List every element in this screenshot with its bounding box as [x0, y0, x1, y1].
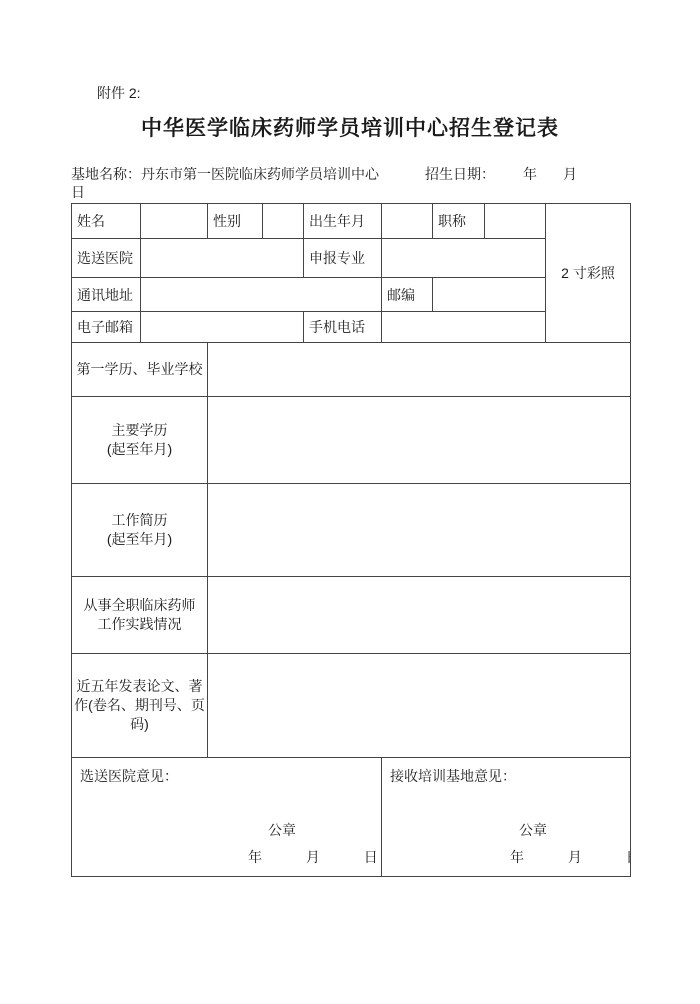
work-history-label: 工作简历 (起至年月) [72, 484, 208, 577]
hospital-opinion-cell: 选送医院意见： 公章 年 月 日 [72, 758, 382, 877]
year-label: 年 [510, 849, 524, 865]
attachment-label: 附件 2: [97, 83, 141, 103]
name-label: 姓名 [72, 204, 141, 239]
practice-experience-label: 从事全职临床药师 工作实践情况 [72, 577, 208, 654]
training-base-opinion-cell: 接收培训基地意见： 公章 年 月 日 [382, 758, 631, 877]
hospital-opinion-label: 选送医院意见： [80, 766, 178, 786]
postal-code-value-cell [433, 278, 546, 312]
email-value-cell [141, 312, 304, 343]
mailing-address-label: 通讯地址 [72, 278, 141, 312]
declared-specialty-value-cell [382, 239, 546, 278]
year-label: 年 [248, 849, 262, 865]
recruit-month-label: 月 [563, 166, 577, 182]
recruit-date-label: 招生日期： [425, 166, 495, 182]
seal-label: 公章 [268, 820, 296, 840]
first-degree-school-label: 第一学历、毕业学校 [72, 343, 208, 397]
recruit-year-label: 年 [523, 166, 537, 182]
mailing-address-value-cell [141, 278, 382, 312]
education-history-label: 主要学历 (起至年月) [72, 397, 208, 484]
training-base-opinion-date-line: 年 月 日 [510, 847, 631, 867]
gender-label: 性别 [208, 204, 263, 239]
sending-hospital-label: 选送医院 [72, 239, 141, 278]
seal-label: 公章 [519, 820, 547, 840]
base-and-date-line: 基地名称：丹东市第一医院临床药师学员培训中心招生日期：年月 [71, 165, 630, 183]
education-history-value-cell [208, 397, 631, 484]
first-degree-school-value-cell [208, 343, 631, 397]
professional-title-label: 职称 [433, 204, 485, 239]
base-name-label: 基地名称： [71, 166, 141, 182]
hospital-opinion-date-line: 年 月 日 [248, 847, 378, 867]
day-label: 日 [364, 849, 378, 865]
mobile-phone-value-cell [382, 312, 546, 343]
training-base-opinion-label: 接收培训基地意见： [390, 766, 516, 786]
page-title: 中华医学临床药师学员培训中心招生登记表 [0, 112, 700, 142]
meta-line: 基地名称：丹东市第一医院临床药师学员培训中心招生日期：年月 日 [71, 165, 630, 201]
birth-date-value-cell [382, 204, 433, 239]
practice-experience-value-cell [208, 577, 631, 654]
postal-code-label: 邮编 [382, 278, 433, 312]
mobile-phone-label: 手机电话 [304, 312, 382, 343]
name-value-cell [141, 204, 208, 239]
month-label: 月 [568, 849, 582, 865]
day-label: 日 [626, 849, 631, 865]
recruit-day-label: 日 [71, 183, 630, 201]
professional-title-value-cell [485, 204, 546, 239]
declared-specialty-label: 申报专业 [304, 239, 382, 278]
email-label: 电子邮箱 [72, 312, 141, 343]
base-name-value: 丹东市第一医院临床药师学员培训中心 [141, 166, 379, 182]
photo-cell: 2 寸彩照 [546, 204, 631, 343]
birth-date-label: 出生年月 [304, 204, 382, 239]
month-label: 月 [306, 849, 320, 865]
publications-label: 近五年发表论文、著 作(卷名、期刊号、页 码) [72, 654, 208, 758]
registration-table: 姓名 性别 出生年月 职称 2 寸彩照 选送医院 申报专业 通讯地址 邮编 电子… [71, 203, 631, 877]
publications-value-cell [208, 654, 631, 758]
sending-hospital-value-cell [141, 239, 304, 278]
gender-value-cell [263, 204, 304, 239]
document-page: 附件 2: 中华医学临床药师学员培训中心招生登记表 基地名称：丹东市第一医院临床… [0, 0, 700, 1004]
work-history-value-cell [208, 484, 631, 577]
